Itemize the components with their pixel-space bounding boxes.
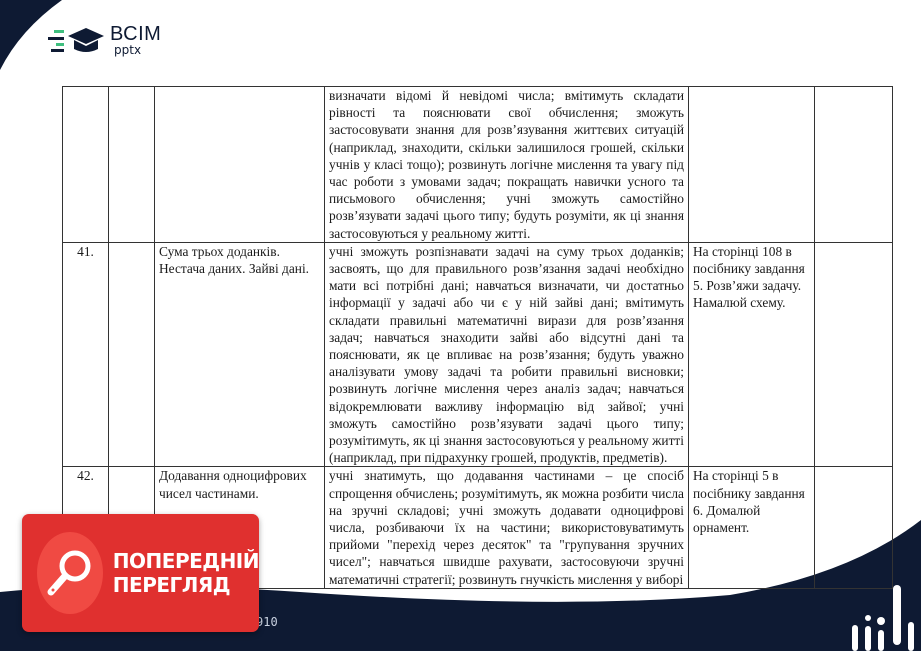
lesson-outcomes: учні зможуть розпізнавати задачі на суму… — [325, 242, 689, 467]
lesson-date — [109, 242, 155, 467]
preview-label-line2: ПЕРЕГЛЯД — [113, 573, 259, 597]
magnifier-icon — [37, 532, 103, 614]
lesson-homework — [689, 87, 815, 243]
lesson-outcomes: визначати відомі й невідомі числа; вміти… — [325, 87, 689, 243]
table-row: визначати відомі й невідомі числа; вміти… — [63, 87, 893, 243]
lesson-outcomes: учні знатимуть, що додавання частинами –… — [325, 467, 689, 588]
lesson-date — [109, 87, 155, 243]
lesson-number: 41. — [63, 242, 109, 467]
logo-title: ВСІМ — [110, 24, 161, 44]
lesson-notes — [815, 467, 893, 588]
lesson-topic — [155, 87, 325, 243]
preview-badge[interactable]: ПОПЕРЕДНІЙ ПЕРЕГЛЯД — [22, 514, 259, 632]
lesson-topic: Сума трьох доданків. Нестача даних. Зайв… — [155, 242, 325, 467]
lesson-homework: На сторінці 108 в посібнику завдання 5. … — [689, 242, 815, 467]
logo: ВСІМ pptx — [48, 24, 161, 56]
logo-subtitle: pptx — [114, 44, 161, 56]
lesson-homework: На сторінці 5 в посібнику завдання 6. До… — [689, 467, 815, 588]
page-number: 910 — [256, 615, 278, 629]
lesson-number — [63, 87, 109, 243]
table-row: 41. Сума трьох доданків. Нестача даних. … — [63, 242, 893, 467]
graduation-cap-icon — [48, 24, 104, 56]
preview-label-line1: ПОПЕРЕДНІЙ — [113, 549, 259, 573]
lesson-notes — [815, 87, 893, 243]
lesson-notes — [815, 242, 893, 467]
